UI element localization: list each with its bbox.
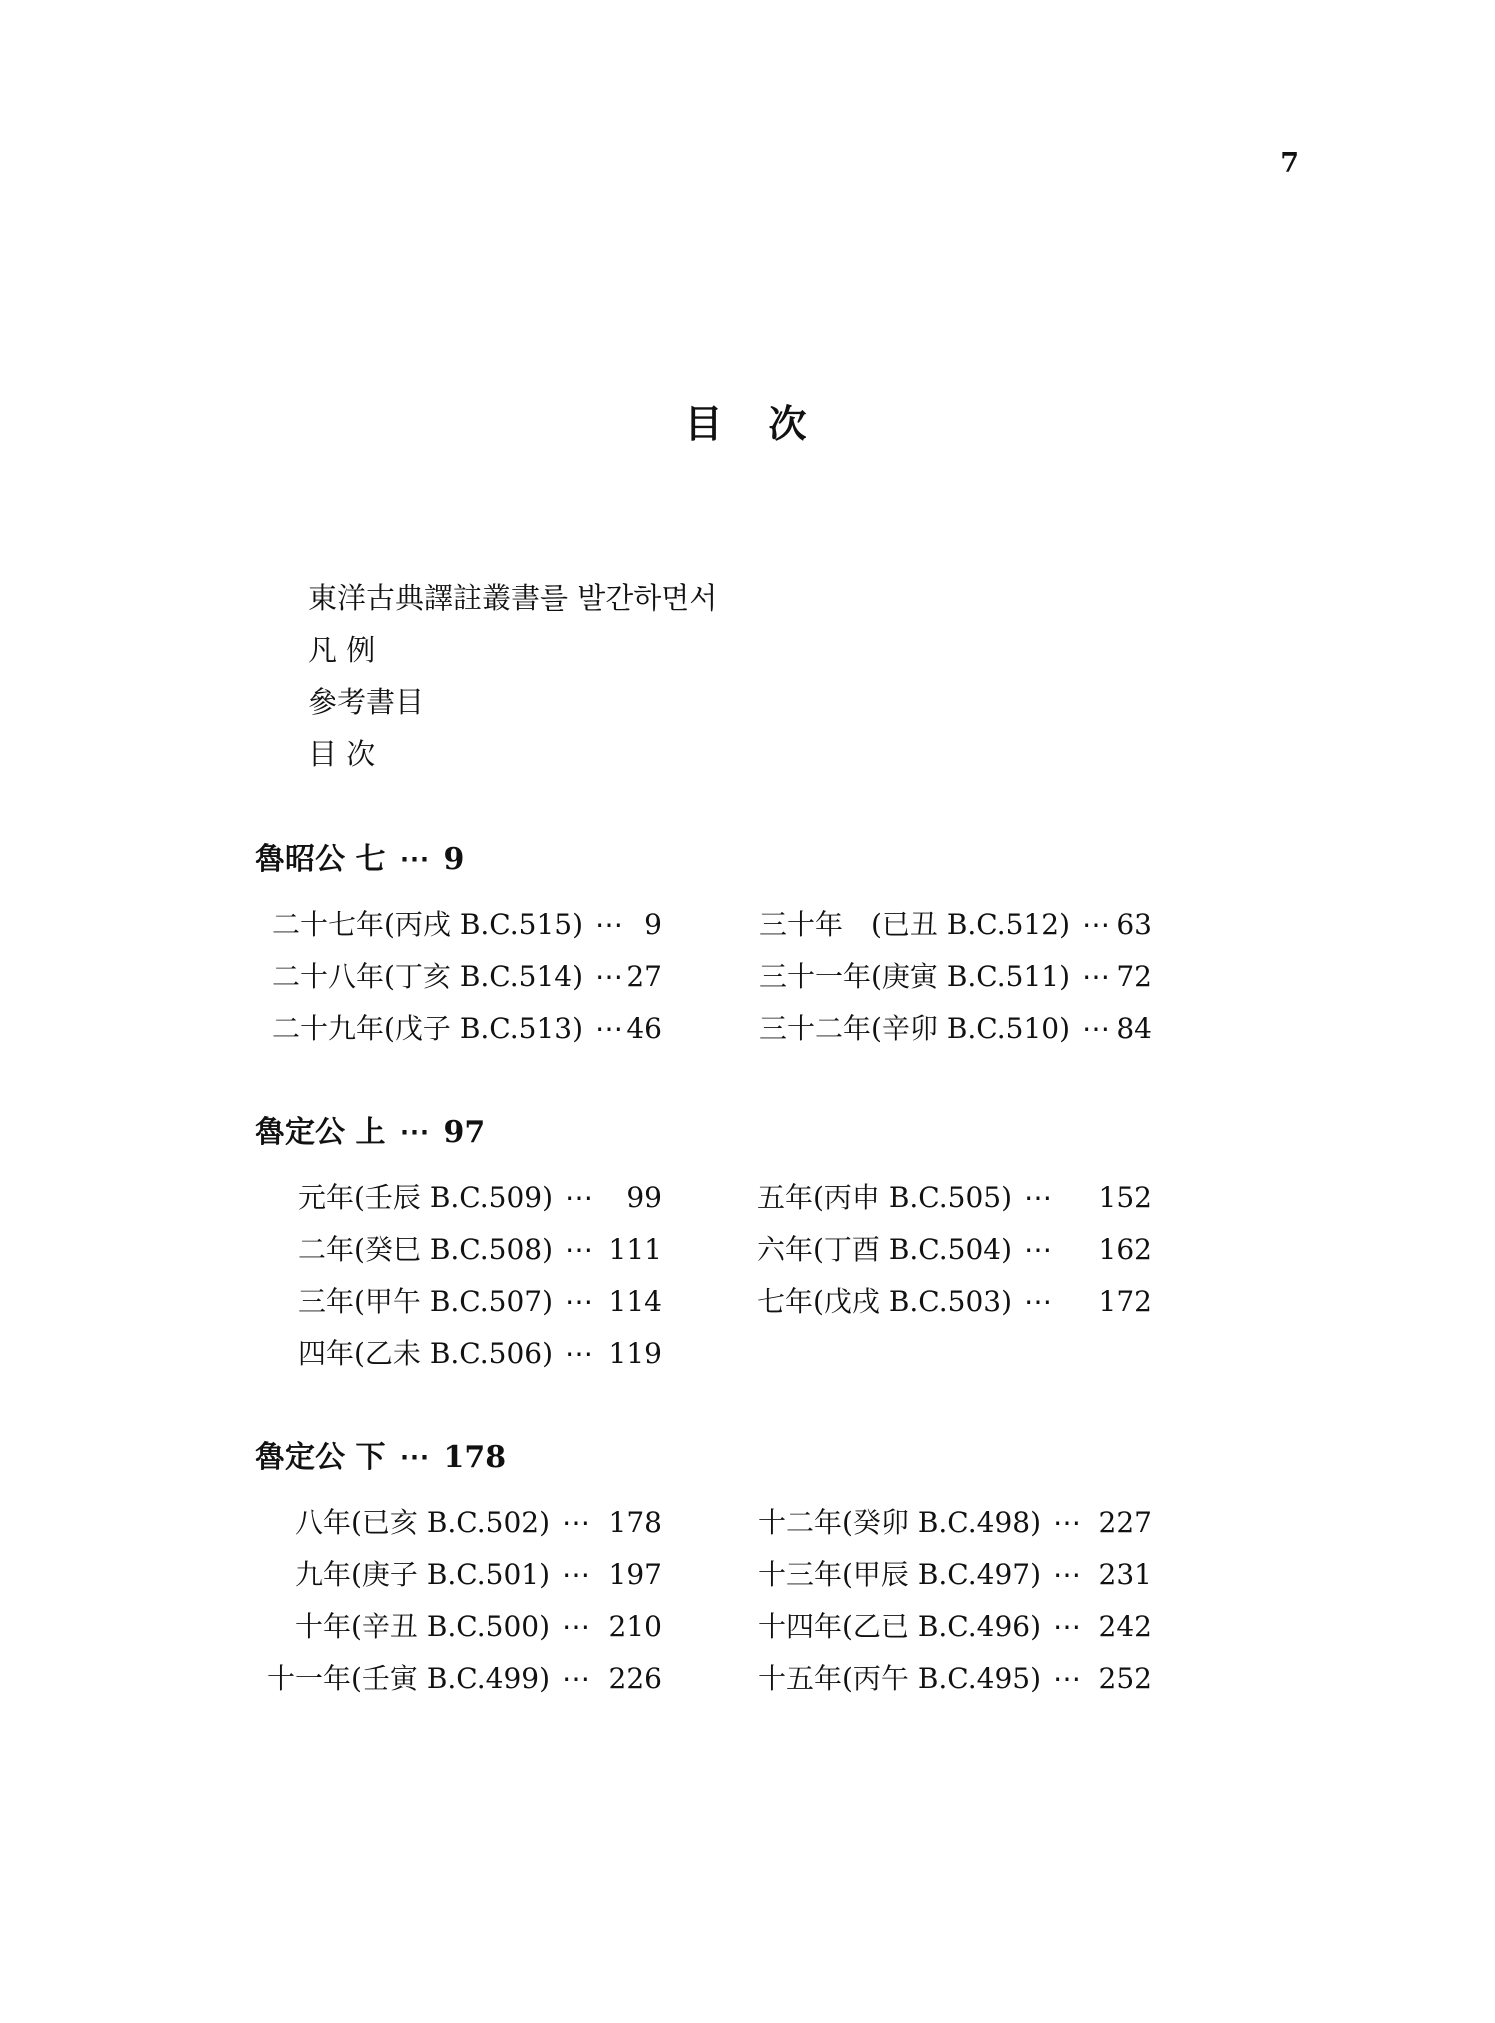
entry-year-name: 十二年	[755, 1497, 842, 1549]
entry-page-number: 172	[1099, 1276, 1152, 1328]
entry-year-name: 元年	[296, 1172, 354, 1224]
entry-year-name: 二十九年	[268, 1003, 384, 1055]
entry-ellipsis: ⋯	[1024, 1172, 1052, 1224]
entry-ellipsis: ⋯	[565, 1328, 593, 1380]
page-number: 7	[1280, 148, 1299, 180]
entry-cycle-bc: (癸卯 B.C.498)	[842, 1497, 1041, 1549]
entry-year-name: 六年	[755, 1224, 813, 1276]
entry-page-number: 72	[1116, 951, 1152, 1003]
entry-cycle-bc: (庚寅 B.C.511)	[871, 951, 1070, 1003]
entry-cycle-bc: (丁酉 B.C.504)	[813, 1224, 1012, 1276]
entry-page-number: 84	[1116, 1003, 1152, 1055]
entry-ellipsis: ⋯	[1053, 1601, 1081, 1653]
section-ellipsis: ⋯	[399, 842, 429, 877]
toc-entry: 十四年(乙已 B.C.496)⋯242	[755, 1601, 1152, 1653]
entry-page-number: 231	[1099, 1549, 1152, 1601]
entry-page-number: 210	[609, 1601, 662, 1653]
front-matter-item: 東洋古典譯註叢書를 발간하면서	[308, 572, 717, 624]
toc-entry: 二十九年(戊子 B.C.513)⋯46	[268, 1003, 662, 1055]
entry-ellipsis: ⋯	[1024, 1276, 1052, 1328]
entry-year-name: 七年	[755, 1276, 813, 1328]
entry-cycle-bc: (壬寅 B.C.499)	[351, 1653, 550, 1705]
section-title: 魯定公 上	[255, 1115, 385, 1150]
entry-page-number: 178	[609, 1497, 662, 1549]
section-page-number: 178	[443, 1440, 506, 1475]
entry-year-name: 三十年	[755, 899, 871, 951]
entry-cycle-bc: (壬辰 B.C.509)	[354, 1172, 553, 1224]
entry-ellipsis: ⋯	[1024, 1224, 1052, 1276]
entry-cycle-bc: (丙午 B.C.495)	[842, 1653, 1041, 1705]
entry-ellipsis: ⋯	[562, 1497, 590, 1549]
toc-entry: 二十七年(丙戌 B.C.515)⋯9	[268, 899, 662, 951]
entry-page-number: 227	[1099, 1497, 1152, 1549]
entry-page-number: 152	[1099, 1172, 1152, 1224]
entry-page-number: 252	[1099, 1653, 1152, 1705]
toc-column-left: 元年(壬辰 B.C.509)⋯99二年(癸巳 B.C.508)⋯111三年(甲午…	[296, 1172, 662, 1380]
toc-entry: 四年(乙未 B.C.506)⋯119	[296, 1328, 662, 1380]
entry-page-number: 162	[1099, 1224, 1152, 1276]
toc-entry: 三十一年(庚寅 B.C.511)⋯72	[755, 951, 1152, 1003]
entry-year-name: 二十八年	[268, 951, 384, 1003]
page-title: 目 次	[0, 401, 1495, 447]
front-matter-item: 參考書目	[308, 676, 717, 728]
entry-year-name: 十年	[264, 1601, 351, 1653]
entry-year-name: 九年	[264, 1549, 351, 1601]
entry-year-name: 十三年	[755, 1549, 842, 1601]
entry-page-number: 9	[644, 899, 662, 951]
toc-column-right: 十二年(癸卯 B.C.498)⋯227十三年(甲辰 B.C.497)⋯231十四…	[755, 1497, 1152, 1705]
toc-column-left: 二十七年(丙戌 B.C.515)⋯9二十八年(丁亥 B.C.514)⋯27二十九…	[268, 899, 662, 1055]
toc-entry: 七年(戊戌 B.C.503)⋯172	[755, 1276, 1152, 1328]
entry-year-name: 十一年	[264, 1653, 351, 1705]
entry-page-number: 226	[609, 1653, 662, 1705]
entry-ellipsis: ⋯	[595, 899, 623, 951]
toc-entry: 八年(已亥 B.C.502)⋯178	[264, 1497, 662, 1549]
toc-entry: 三十年 (已丑 B.C.512)⋯63	[755, 899, 1152, 951]
entry-year-name: 三十一年	[755, 951, 871, 1003]
entry-ellipsis: ⋯	[565, 1276, 593, 1328]
entry-page-number: 114	[609, 1276, 662, 1328]
entry-ellipsis: ⋯	[562, 1601, 590, 1653]
section-title: 魯定公 下	[255, 1440, 385, 1475]
entry-cycle-bc: (庚子 B.C.501)	[351, 1549, 550, 1601]
entry-cycle-bc: (丁亥 B.C.514)	[384, 951, 583, 1003]
entry-cycle-bc: (甲午 B.C.507)	[354, 1276, 553, 1328]
front-matter-item: 目 次	[308, 728, 717, 780]
toc-entry: 三年(甲午 B.C.507)⋯114	[296, 1276, 662, 1328]
section-heading: 魯定公 上⋯97	[255, 1113, 485, 1153]
section-ellipsis: ⋯	[399, 1115, 429, 1150]
entry-page-number: 27	[626, 951, 662, 1003]
entry-year-name: 二十七年	[268, 899, 384, 951]
entry-ellipsis: ⋯	[565, 1172, 593, 1224]
entry-cycle-bc: (戊子 B.C.513)	[384, 1003, 583, 1055]
entry-page-number: 63	[1116, 899, 1152, 951]
entry-page-number: 197	[609, 1549, 662, 1601]
toc-entry: 十五年(丙午 B.C.495)⋯252	[755, 1653, 1152, 1705]
toc-entry: 五年(丙申 B.C.505)⋯152	[755, 1172, 1152, 1224]
entry-year-name: 五年	[755, 1172, 813, 1224]
entry-cycle-bc: (已亥 B.C.502)	[351, 1497, 550, 1549]
entry-year-name: 二年	[296, 1224, 354, 1276]
entry-ellipsis: ⋯	[565, 1224, 593, 1276]
toc-entry: 十年(辛丑 B.C.500)⋯210	[264, 1601, 662, 1653]
entry-cycle-bc: (戊戌 B.C.503)	[813, 1276, 1012, 1328]
entry-cycle-bc: (辛卯 B.C.510)	[871, 1003, 1070, 1055]
entry-cycle-bc: (丙戌 B.C.515)	[384, 899, 583, 951]
entry-year-name: 三十二年	[755, 1003, 871, 1055]
toc-entry: 三十二年(辛卯 B.C.510)⋯84	[755, 1003, 1152, 1055]
entry-year-name: 十五年	[755, 1653, 842, 1705]
toc-entry: 元年(壬辰 B.C.509)⋯99	[296, 1172, 662, 1224]
section-heading: 魯定公 下⋯178	[255, 1438, 506, 1478]
entry-year-name: 十四年	[755, 1601, 842, 1653]
section-ellipsis: ⋯	[399, 1440, 429, 1475]
entry-cycle-bc: (辛丑 B.C.500)	[351, 1601, 550, 1653]
toc-entry: 九年(庚子 B.C.501)⋯197	[264, 1549, 662, 1601]
entry-ellipsis: ⋯	[1053, 1549, 1081, 1601]
toc-entry: 十二年(癸卯 B.C.498)⋯227	[755, 1497, 1152, 1549]
section-page-number: 9	[443, 842, 464, 877]
toc-entry: 二十八年(丁亥 B.C.514)⋯27	[268, 951, 662, 1003]
toc-entry: 六年(丁酉 B.C.504)⋯162	[755, 1224, 1152, 1276]
toc-entry: 十三年(甲辰 B.C.497)⋯231	[755, 1549, 1152, 1601]
entry-page-number: 242	[1099, 1601, 1152, 1653]
entry-cycle-bc: (乙未 B.C.506)	[354, 1328, 553, 1380]
front-matter-item: 凡 例	[308, 624, 717, 676]
section-page-number: 97	[443, 1115, 485, 1150]
toc-section: 魯昭公 七⋯9 二十七年(丙戌 B.C.515)⋯9二十八年(丁亥 B.C.51…	[0, 840, 1495, 1100]
entry-ellipsis: ⋯	[595, 951, 623, 1003]
toc-entry: 十一年(壬寅 B.C.499)⋯226	[264, 1653, 662, 1705]
entry-year-name: 四年	[296, 1328, 354, 1380]
entry-ellipsis: ⋯	[1082, 1003, 1110, 1055]
toc-section: 魯定公 上⋯97 元年(壬辰 B.C.509)⋯99二年(癸巳 B.C.508)…	[0, 1113, 1495, 1373]
entry-ellipsis: ⋯	[1053, 1497, 1081, 1549]
section-heading: 魯昭公 七⋯9	[255, 840, 464, 880]
entry-ellipsis: ⋯	[595, 1003, 623, 1055]
scanned-book-page: 7 目 次 東洋古典譯註叢書를 발간하면서凡 例參考書目目 次 魯昭公 七⋯9 …	[0, 0, 1495, 2023]
toc-column-right: 五年(丙申 B.C.505)⋯152六年(丁酉 B.C.504)⋯162七年(戊…	[755, 1172, 1152, 1328]
entry-ellipsis: ⋯	[562, 1549, 590, 1601]
entry-ellipsis: ⋯	[1082, 899, 1110, 951]
entry-cycle-bc: (甲辰 B.C.497)	[842, 1549, 1041, 1601]
entry-ellipsis: ⋯	[1053, 1653, 1081, 1705]
front-matter-list: 東洋古典譯註叢書를 발간하면서凡 例參考書目目 次	[308, 572, 717, 780]
entry-cycle-bc: (癸巳 B.C.508)	[354, 1224, 553, 1276]
entry-page-number: 46	[626, 1003, 662, 1055]
toc-entry: 二年(癸巳 B.C.508)⋯111	[296, 1224, 662, 1276]
toc-column-right: 三十年 (已丑 B.C.512)⋯63三十一年(庚寅 B.C.511)⋯72三十…	[755, 899, 1152, 1055]
toc-column-left: 八年(已亥 B.C.502)⋯178九年(庚子 B.C.501)⋯197十年(辛…	[264, 1497, 662, 1705]
entry-cycle-bc: (丙申 B.C.505)	[813, 1172, 1012, 1224]
entry-ellipsis: ⋯	[1082, 951, 1110, 1003]
entry-cycle-bc: (已丑 B.C.512)	[871, 899, 1070, 951]
entry-cycle-bc: (乙已 B.C.496)	[842, 1601, 1041, 1653]
entry-page-number: 119	[609, 1328, 662, 1380]
section-title: 魯昭公 七	[255, 842, 385, 877]
entry-year-name: 三年	[296, 1276, 354, 1328]
entry-page-number: 99	[626, 1172, 662, 1224]
entry-page-number: 111	[609, 1224, 662, 1276]
entry-ellipsis: ⋯	[562, 1653, 590, 1705]
entry-year-name: 八年	[264, 1497, 351, 1549]
toc-section: 魯定公 下⋯178 八年(已亥 B.C.502)⋯178九年(庚子 B.C.50…	[0, 1438, 1495, 1698]
